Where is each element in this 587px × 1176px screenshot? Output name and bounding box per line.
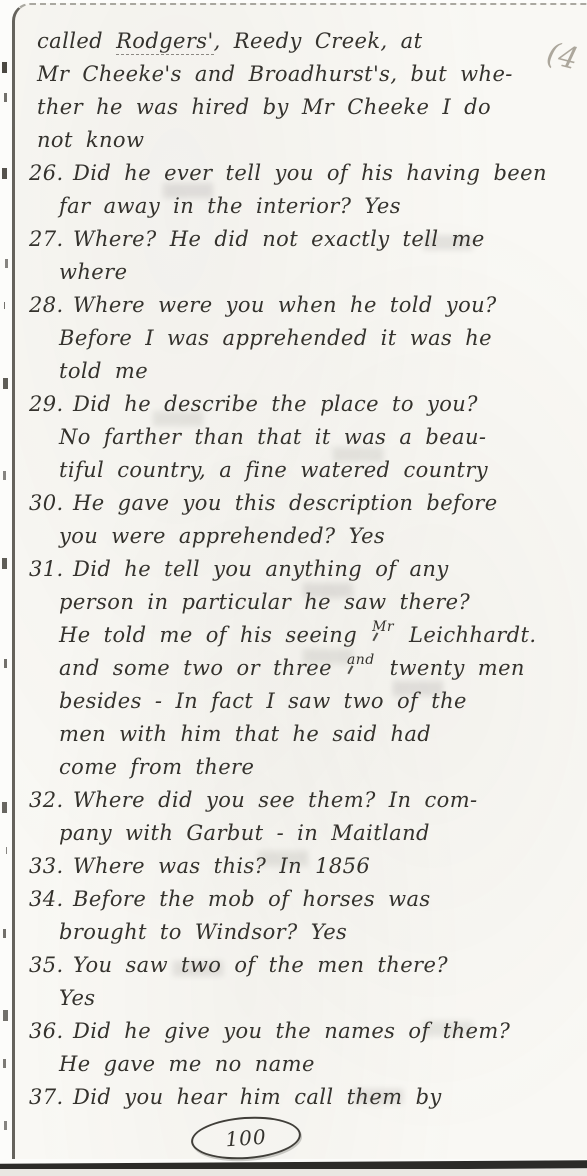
line-text: far away in the interior? Yes xyxy=(59,194,401,218)
manuscript-line: 36.Did he give you the names of them? xyxy=(25,1015,587,1048)
line-text: you were apprehended? Yes xyxy=(59,524,385,548)
manuscript-line: ther he was hired by Mr Cheeke I do xyxy=(25,91,587,124)
line-text: Did he give you the names of them? xyxy=(73,1015,510,1048)
manuscript-line: He told me of his seeing Mr Leichhardt. xyxy=(25,619,587,652)
line-text: brought to Windsor? Yes xyxy=(59,920,347,944)
manuscript-line: 28.Where were you when he told you? xyxy=(25,289,587,322)
line-text: besides - In fact I saw two of the xyxy=(59,689,467,713)
line-text: Yes xyxy=(59,986,95,1010)
line-text: Where did you see them? In com- xyxy=(73,784,478,817)
manuscript-page: (4 called Rodgers', Reedy Creek, at Mr C… xyxy=(12,3,587,1159)
line-text: Did he ever tell you of his having been xyxy=(73,157,547,190)
line-text: where xyxy=(59,260,127,284)
question-number: 29. xyxy=(25,388,73,421)
manuscript-line: 30.He gave you this description before xyxy=(25,487,587,520)
line-text: Did you hear him call them by xyxy=(73,1081,442,1114)
manuscript-line: person in particular he saw there? xyxy=(25,586,587,619)
manuscript-line: 37.Did you hear him call them by xyxy=(25,1081,587,1114)
manuscript-line: brought to Windsor? Yes xyxy=(25,916,587,949)
manuscript-line: No farther than that it was a beau- xyxy=(25,421,587,454)
line-text: Where were you when he told you? xyxy=(73,289,497,322)
line-text: He gave me no name xyxy=(59,1052,315,1076)
interlinear-insertion: and xyxy=(347,653,375,667)
manuscript-line: 35.You saw two of the men there? xyxy=(25,949,587,982)
scanned-manuscript: (4 called Rodgers', Reedy Creek, at Mr C… xyxy=(0,0,587,1176)
line-text: Where was this? In 1856 xyxy=(73,850,370,883)
line-text: told me xyxy=(59,359,148,383)
manuscript-line: told me xyxy=(25,355,587,388)
question-number: 31. xyxy=(25,553,73,586)
manuscript-line: He gave me no name xyxy=(25,1048,587,1081)
manuscript-line: pany with Garbut - in Maitland xyxy=(25,817,587,850)
manuscript-line: besides - In fact I saw two of the xyxy=(25,685,587,718)
line-text: , Reedy Creek, at xyxy=(214,29,423,53)
page-number: 100 xyxy=(225,1125,268,1152)
question-number: 27. xyxy=(25,223,73,256)
line-text: Before the mob of horses was xyxy=(73,883,431,916)
manuscript-line: 26.Did he ever tell you of his having be… xyxy=(25,157,587,190)
question-number: 28. xyxy=(25,289,73,322)
line-text: He gave you this description before xyxy=(73,487,498,520)
manuscript-line: 27.Where? He did not exactly tell me xyxy=(25,223,587,256)
line-text: Where? He did not exactly tell me xyxy=(73,223,485,256)
line-text: called xyxy=(37,29,116,53)
manuscript-line: far away in the interior? Yes xyxy=(25,190,587,223)
question-number: 30. xyxy=(25,487,73,520)
line-text: not know xyxy=(37,128,144,152)
line-text: Mr Cheeke's and Broadhurst's, but whe- xyxy=(37,62,513,86)
line-text: Did he tell you anything of any xyxy=(73,553,449,586)
manuscript-line: tiful country, a fine watered country xyxy=(25,454,587,487)
line-text: person in particular he saw there? xyxy=(59,590,470,614)
next-page-surface xyxy=(0,1169,587,1176)
manuscript-line: you were apprehended? Yes xyxy=(25,520,587,553)
question-number: 36. xyxy=(25,1015,73,1048)
manuscript-line: Yes xyxy=(25,982,587,1015)
interlinear-insertion: Mr xyxy=(372,620,394,634)
question-number: 32. xyxy=(25,784,73,817)
question-number: 37. xyxy=(25,1081,73,1114)
page-number-oval: 100 xyxy=(190,1113,303,1163)
line-text: Before I was apprehended it was he xyxy=(59,326,492,350)
line-text: come from there xyxy=(59,755,254,779)
manuscript-line: 31.Did he tell you anything of any xyxy=(25,553,587,586)
manuscript-line: men with him that he said had xyxy=(25,718,587,751)
question-number: 26. xyxy=(25,157,73,190)
line-text: He told me of his seeing xyxy=(59,623,370,647)
scan-smudges xyxy=(15,5,61,16)
manuscript-line: where xyxy=(25,256,587,289)
question-number: 35. xyxy=(25,949,73,982)
manuscript-line: 32.Where did you see them? In com- xyxy=(25,784,587,817)
line-text: No farther than that it was a beau- xyxy=(59,425,486,449)
line-text: twenty men xyxy=(377,656,525,680)
manuscript-line: Mr Cheeke's and Broadhurst's, but whe- xyxy=(25,58,587,91)
binding-marks xyxy=(2,0,7,11)
question-number: 34. xyxy=(25,883,73,916)
manuscript-text: called Rodgers', Reedy Creek, at Mr Chee… xyxy=(25,25,587,1114)
manuscript-line: and some two or three and twenty men xyxy=(25,652,587,685)
question-number: 33. xyxy=(25,850,73,883)
line-text: Did he describe the place to you? xyxy=(73,388,478,421)
line-text: Leichhardt. xyxy=(396,623,537,647)
line-text: pany with Garbut - in Maitland xyxy=(59,821,430,845)
manuscript-line: 29.Did he describe the place to you? xyxy=(25,388,587,421)
line-text: ther he was hired by Mr Cheeke I do xyxy=(37,95,491,119)
manuscript-line: 34.Before the mob of horses was xyxy=(25,883,587,916)
manuscript-line: called Rodgers', Reedy Creek, at xyxy=(25,25,587,58)
line-text: men with him that he said had xyxy=(59,722,431,746)
underlined-word: Rodgers' xyxy=(116,29,214,55)
manuscript-line: not know xyxy=(25,124,587,157)
manuscript-line: Before I was apprehended it was he xyxy=(25,322,587,355)
manuscript-line: come from there xyxy=(25,751,587,784)
line-text: tiful country, a fine watered country xyxy=(59,458,488,482)
line-text: and some two or three xyxy=(59,656,345,680)
line-text: You saw two of the men there? xyxy=(73,949,448,982)
manuscript-line: 33.Where was this? In 1856 xyxy=(25,850,587,883)
